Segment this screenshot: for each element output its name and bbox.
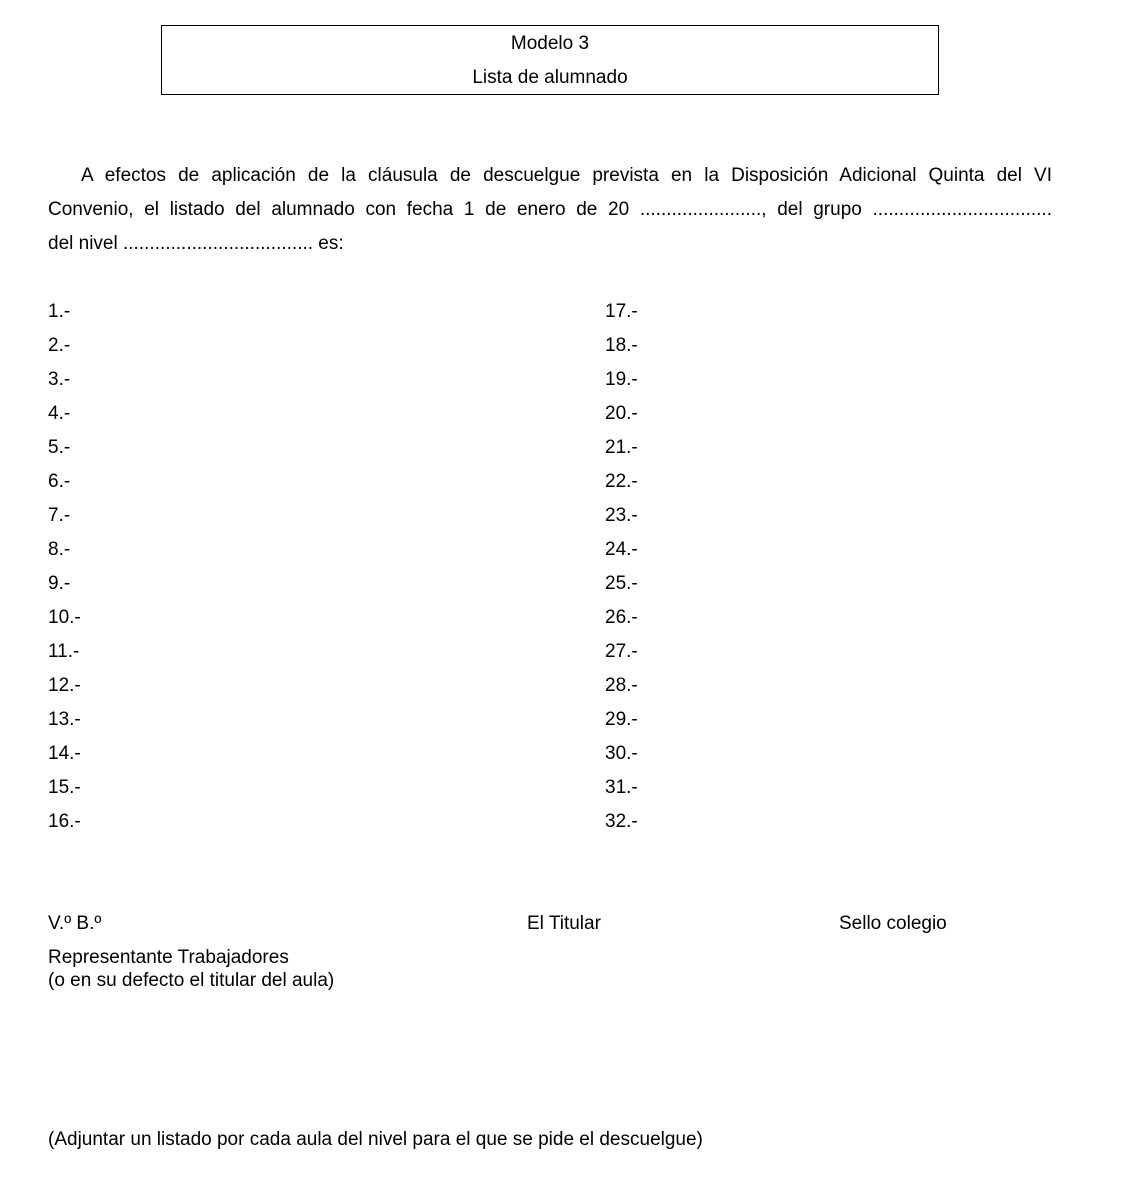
titular-label: El Titular: [527, 913, 601, 935]
document-title: Lista de alumnado: [162, 67, 938, 89]
list-item: 26.-: [605, 607, 638, 629]
list-item: 23.-: [605, 505, 638, 527]
list-item: 6.-: [48, 471, 70, 493]
sello-label: Sello colegio: [839, 913, 947, 935]
list-item: 9.-: [48, 573, 70, 595]
list-item: 16.-: [48, 811, 81, 833]
list-item: 11.-: [48, 641, 79, 663]
list-item: 1.-: [48, 301, 70, 323]
list-item: 28.-: [605, 675, 638, 697]
list-item: 14.-: [48, 743, 81, 765]
list-item: 20.-: [605, 403, 638, 425]
list-item: 3.-: [48, 369, 70, 391]
intro-line-3: del nivel ..............................…: [48, 227, 1052, 261]
list-item: 22.-: [605, 471, 638, 493]
list-item: 25.-: [605, 573, 638, 595]
intro-line-1: A efectos de aplicación de la cláusula d…: [48, 159, 1052, 193]
list-item: 2.-: [48, 335, 70, 357]
vobo-label: V.º B.º: [48, 913, 101, 935]
list-item: 8.-: [48, 539, 70, 561]
footer-note: (Adjuntar un listado por cada aula del n…: [48, 1129, 703, 1151]
list-item: 27.-: [605, 641, 638, 663]
list-item: 7.-: [48, 505, 70, 527]
list-item: 4.-: [48, 403, 70, 425]
list-item: 18.-: [605, 335, 638, 357]
list-item: 13.-: [48, 709, 81, 731]
list-item: 32.-: [605, 811, 638, 833]
list-item: 5.-: [48, 437, 70, 459]
list-item: 29.-: [605, 709, 638, 731]
list-item: 24.-: [605, 539, 638, 561]
model-title-box: Modelo 3 Lista de alumnado: [161, 25, 939, 95]
list-item: 17.-: [605, 301, 638, 323]
list-item: 12.-: [48, 675, 81, 697]
list-item: 15.-: [48, 777, 81, 799]
intro-paragraph: A efectos de aplicación de la cláusula d…: [48, 159, 1052, 261]
model-number: Modelo 3: [162, 33, 938, 55]
intro-line-2: Convenio, el listado del alumnado con fe…: [48, 193, 1052, 227]
representante-note: (o en su defecto el titular del aula): [48, 970, 334, 992]
representante-label: Representante Trabajadores: [48, 947, 289, 969]
list-item: 19.-: [605, 369, 638, 391]
list-item: 31.-: [605, 777, 638, 799]
list-item: 30.-: [605, 743, 638, 765]
list-item: 10.-: [48, 607, 81, 629]
list-item: 21.-: [605, 437, 638, 459]
